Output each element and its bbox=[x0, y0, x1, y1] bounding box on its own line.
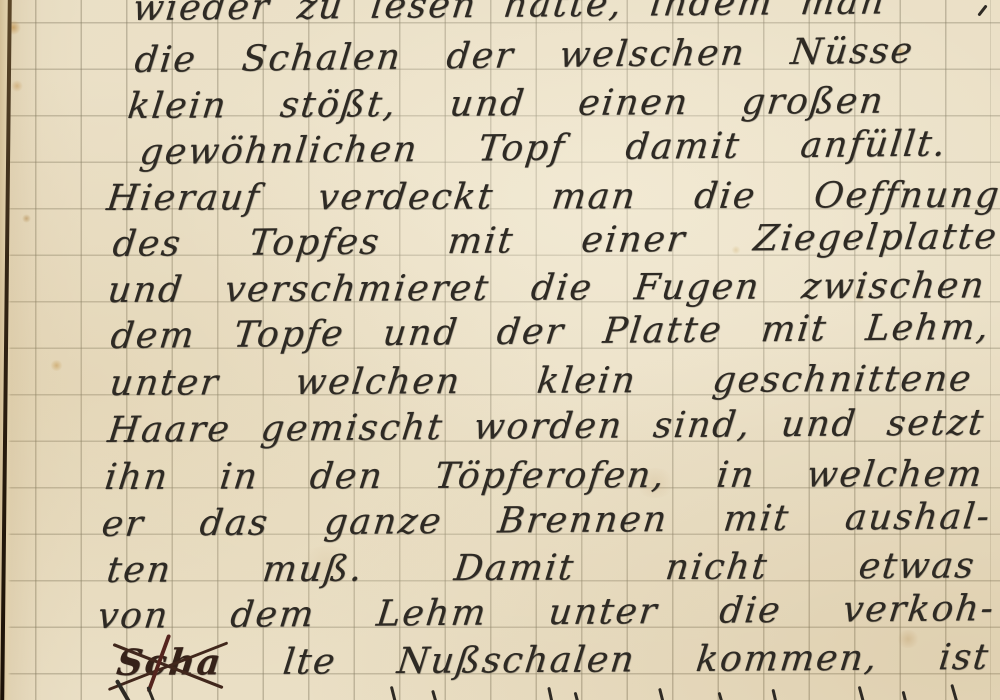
manuscript-page: wieder zu lesen hatte, indem man die Sch… bbox=[0, 0, 1000, 700]
handwriting-line-14: von dem Lehm unter die verkoh- bbox=[95, 588, 997, 644]
handwriting-line-8: dem Topfe und der Platte mit Lehm, bbox=[108, 307, 992, 364]
handwriting-line-15: Scha lte Nußschalen kommen, ist bbox=[114, 636, 992, 690]
struck-out-word: Scha bbox=[114, 641, 224, 684]
handwriting-line-6: des Topfes mit einer Ziegelplatte bbox=[110, 216, 1000, 272]
handwriting-line-10: Haare gemischt worden sind, und setzt bbox=[105, 402, 987, 458]
handwriting-line-15-text: lte Nußschalen kommen, ist bbox=[281, 637, 992, 683]
handwriting-line-2: die Schalen der welschen Nüsse bbox=[132, 30, 916, 88]
handwriting-line-4: gewöhnlichen Topf damit anfüllt. bbox=[137, 124, 949, 180]
handwriting-line-12: er das ganze Brennen mit aushal- bbox=[99, 496, 993, 552]
